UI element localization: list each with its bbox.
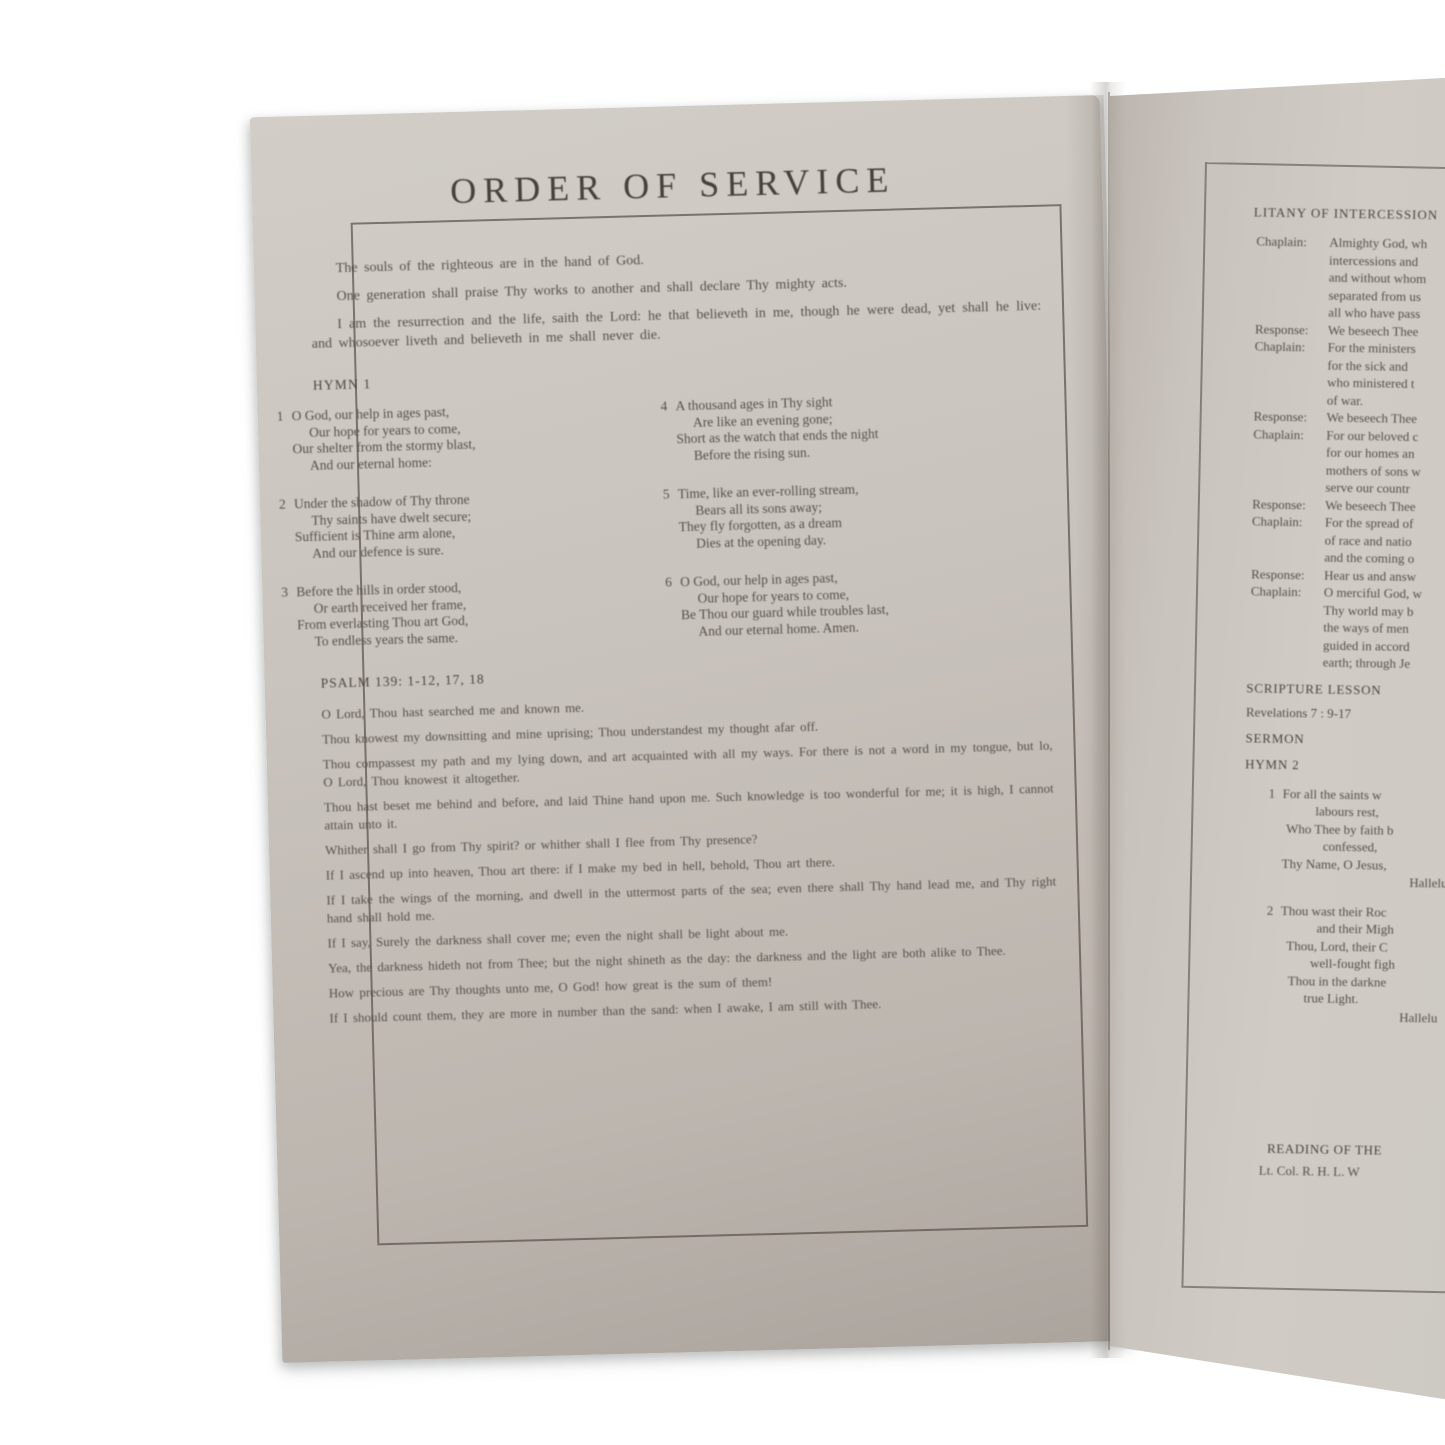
litany-speaker: Chaplain: bbox=[1255, 232, 1329, 321]
hymn-verse: 2 Under the shadow of Thy throne Thy sai… bbox=[294, 487, 664, 563]
hymn1-heading: HYMN 1 bbox=[313, 359, 1043, 394]
hymn1-columns: 1 O God, our help in ages past, Our hope… bbox=[275, 389, 1050, 673]
photo-canvas: ORDER OF SERVICE The souls of the righte… bbox=[0, 0, 1445, 1445]
hymn2-heading: HYMN 2 bbox=[1245, 756, 1445, 778]
litany-entry: Chaplain: For the ministers for the sick… bbox=[1254, 337, 1445, 413]
litany-speaker: Response: bbox=[1252, 495, 1325, 514]
sermon-heading: SERMON bbox=[1245, 730, 1445, 752]
right-page: LITANY OF INTERCESSION Chaplain: Almight… bbox=[1102, 62, 1445, 1402]
page-title: ORDER OF SERVICE bbox=[307, 155, 1038, 216]
verse-number: 2 bbox=[279, 497, 286, 514]
litany-heading: LITANY OF INTERCESSION bbox=[1254, 204, 1445, 226]
litany-speaker: Chaplain: bbox=[1250, 582, 1324, 671]
litany-speaker: Response: bbox=[1253, 407, 1326, 426]
reading-section: READING OF THE Lt. Col. R. H. L. W bbox=[1267, 1141, 1383, 1181]
verse-number: 3 bbox=[281, 585, 288, 602]
litany-entry: Chaplain: For the spread of of race and … bbox=[1251, 512, 1445, 570]
verse-number: 5 bbox=[663, 486, 670, 503]
verse-number: 1 bbox=[1269, 784, 1276, 802]
hymn-verse: 4 A thousand ages in Thy sight Are like … bbox=[675, 389, 1045, 465]
hymn-verse: 2 Thou wast their Roc and their Migh Tho… bbox=[1279, 901, 1445, 1029]
litany-entry: Chaplain: O merciful God, w Thy world ma… bbox=[1250, 582, 1445, 675]
hymn-verse: 6 O God, our help in ages past, Our hope… bbox=[680, 565, 1050, 641]
reading-heading: READING OF THE bbox=[1267, 1141, 1382, 1159]
hymn-verse: 1 O God, our help in ages past, Our hope… bbox=[291, 399, 661, 475]
scripture-reference: Revelations 7 : 9-17 bbox=[1246, 704, 1445, 726]
litany-speaker: Response: bbox=[1255, 320, 1328, 339]
litany-speaker: Chaplain: bbox=[1254, 337, 1328, 408]
reading-detail: Lt. Col. R. H. L. W bbox=[1259, 1163, 1382, 1181]
verse-number: 6 bbox=[665, 574, 672, 591]
verse-number: 2 bbox=[1267, 901, 1274, 919]
hymn1-column-left: 1 O God, our help in ages past, Our hope… bbox=[275, 399, 666, 673]
left-page-content: ORDER OF SERVICE The souls of the righte… bbox=[250, 95, 1132, 1363]
intro-paragraph: I am the resurrection and the life, sait… bbox=[311, 297, 1042, 354]
litany-entry: Chaplain: Almighty God, wh intercessions… bbox=[1255, 232, 1445, 325]
hymn-verse: 1 For all the saints w labours rest, Who… bbox=[1281, 784, 1445, 894]
litany-speaker: Chaplain: bbox=[1252, 425, 1326, 496]
litany-entry: Chaplain: For our beloved c for our home… bbox=[1252, 425, 1445, 501]
litany-speaker: Chaplain: bbox=[1251, 512, 1325, 566]
hymn1-column-right: 4 A thousand ages in Thy sight Are like … bbox=[659, 389, 1050, 663]
left-page: ORDER OF SERVICE The souls of the righte… bbox=[250, 95, 1132, 1363]
verse-number: 1 bbox=[276, 409, 283, 426]
litany-speaker: Response: bbox=[1251, 565, 1324, 584]
verse-number: 4 bbox=[660, 399, 667, 416]
hymn-verse: 3 Before the hills in order stood, Or ea… bbox=[296, 575, 666, 651]
right-page-content: LITANY OF INTERCESSION Chaplain: Almight… bbox=[1207, 200, 1445, 1426]
scripture-lesson-heading: SCRIPTURE LESSON bbox=[1246, 680, 1445, 702]
hymn-verse: 5 Time, like an ever-rolling stream, Bea… bbox=[678, 477, 1048, 553]
